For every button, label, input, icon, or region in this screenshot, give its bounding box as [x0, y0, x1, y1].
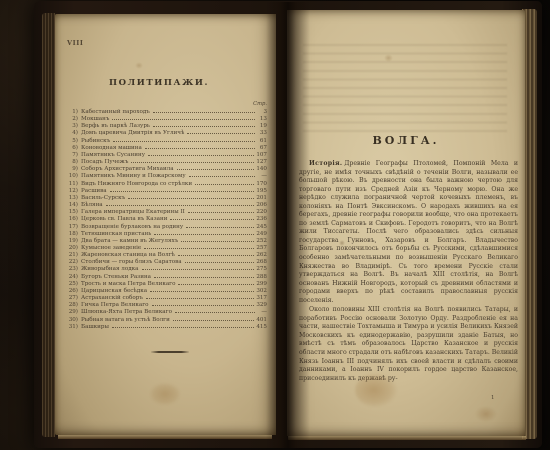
item-page-number: 317 [256, 295, 267, 302]
item-page-number: 401 [256, 317, 267, 324]
item-number: 16) [65, 216, 78, 223]
item-label: Тетюшинская пристань [81, 231, 151, 238]
list-item: 17) Возвращеніе бурлаковъ на родину 245 [65, 224, 267, 231]
item-page-number: 257 [256, 245, 267, 252]
item-label: Василь-Сурскъ [81, 195, 125, 202]
item-page-number: 170 [256, 181, 267, 188]
item-label: Коноводная машина [81, 145, 142, 152]
item-label: Рыбинскъ [81, 138, 110, 145]
list-item: 15) Галера императрицы Екатерины II 220 [65, 209, 267, 216]
dot-leader [144, 248, 254, 249]
list-item: 4) Домъ царевича Дмитрія въ Угличѣ 33 [65, 130, 267, 137]
list-item: 30) Рыбная ватага въ устьѣ Волги 401 [65, 317, 267, 324]
list-item: 24) Бугоръ Стеньки Разина 288 [65, 274, 267, 281]
item-page-number: 13 [257, 116, 267, 123]
item-label: Видъ Нижняго Новгорода со стрѣлки [81, 181, 192, 188]
item-label: Гичка Петра Великаго [81, 302, 149, 309]
item-number: 29) [65, 309, 78, 316]
item-label: Царицынская бесѣдка [81, 288, 147, 295]
dot-leader [181, 241, 254, 242]
list-item: 1) Кабестанный пароходъ 3 [65, 109, 267, 116]
item-number: 12) [65, 188, 78, 195]
dot-leader [178, 255, 254, 256]
paragraph: Исторія.Древніе Географы Птоломей, Помпо… [299, 160, 518, 305]
item-page-number: 206 [256, 202, 267, 209]
dot-leader [153, 112, 255, 113]
foxing-stain [475, 406, 497, 422]
photo-background: VIII ПОЛИТИПАЖИ. Стр. 1) Кабестанный пар… [0, 0, 550, 450]
item-page-number: 220 [256, 209, 267, 216]
item-page-number: 236 [256, 216, 267, 223]
illustrations-list: 1) Кабестанный пароходъ 3 2) Мокшанъ 13 … [65, 109, 267, 331]
chapter-title: ВОЛГА. [287, 134, 525, 147]
dot-leader [145, 148, 255, 149]
dot-leader [186, 227, 254, 228]
item-page-number: 268 [256, 259, 267, 266]
signature-mark: 1 [491, 395, 495, 401]
dot-leader [112, 327, 254, 328]
list-item: 13) Василь-Сурскъ 201 [65, 195, 267, 202]
dot-leader [195, 184, 254, 185]
list-item: 29) Шлюпка-Яхта Петра Великаго — [65, 309, 267, 316]
item-label: Трость и маска Петра Великаго [81, 281, 175, 288]
item-number: 26) [65, 288, 78, 295]
item-label: Живорыбная лодка [81, 266, 139, 273]
dot-leader [178, 284, 254, 285]
foxing-stain [135, 62, 143, 69]
item-page-number: 140 [256, 166, 267, 173]
dot-leader [113, 141, 255, 142]
list-item: 7) Памятникъ Сусанину 107 [65, 152, 267, 159]
dot-leader [152, 305, 255, 306]
item-label: Башкиры [81, 324, 109, 331]
item-page-number: 262 [256, 252, 267, 259]
item-page-number: — [257, 173, 267, 180]
item-page-number: 195 [256, 188, 267, 195]
item-label: Памятникъ Минину и Пожарскому [81, 173, 186, 180]
item-number: 4) [65, 130, 78, 137]
list-item: 10) Памятникъ Минину и Пожарскому — [65, 173, 267, 180]
item-page-number: 33 [257, 130, 267, 137]
item-page-number: 329 [256, 302, 267, 309]
item-number: 18) [65, 231, 78, 238]
page-number-header: VIII [67, 39, 84, 47]
body-text: Исторія.Древніе Географы Птоломей, Помпо… [299, 160, 518, 383]
divider-rule [151, 351, 189, 353]
dot-leader [146, 298, 254, 299]
item-page-number: 3 [257, 109, 267, 116]
dot-leader [187, 133, 255, 134]
item-number: 30) [65, 317, 78, 324]
item-page-number: 107 [256, 152, 267, 159]
dot-leader [110, 191, 255, 192]
list-item: 14) Бѣляна 206 [65, 202, 267, 209]
list-item: 28) Гичка Петра Великаго 329 [65, 302, 267, 309]
item-page-number: 275 [256, 266, 267, 273]
paragraph-lead: Исторія. [309, 160, 342, 167]
left-page: VIII ПОЛИТИПАЖИ. Стр. 1) Кабестанный пар… [55, 14, 276, 435]
dot-leader [188, 212, 254, 213]
item-page-number: 249 [256, 231, 267, 238]
list-item: 25) Трость и маска Петра Великаго 299 [65, 281, 267, 288]
dot-leader [175, 312, 255, 313]
item-page-number: — [257, 309, 267, 316]
foxing-stain [150, 383, 180, 405]
dot-leader [154, 277, 254, 278]
dot-leader [154, 234, 254, 235]
item-page-number: 299 [256, 281, 267, 288]
item-number: 6) [65, 145, 78, 152]
item-label: Соборъ Архистратига Михаила [81, 166, 174, 173]
paragraph-text: Древніе Географы Птоломей, Помпоній Мела… [299, 160, 518, 304]
list-item: 18) Тетюшинская пристань 249 [65, 231, 267, 238]
item-number: 17) [65, 224, 78, 231]
list-item: 19) Два брата — камни въ Жегуляхъ 252 [65, 238, 267, 245]
item-label: Домъ царевича Дмитрія въ Угличѣ [81, 130, 184, 137]
paragraph: Около половины XIII столѣтія на Волгѣ по… [299, 306, 518, 383]
item-page-number: 288 [256, 274, 267, 281]
right-page: ВОЛГА. Исторія.Древніе Географы Птоломей… [287, 10, 525, 436]
list-item: 6) Коноводная машина 67 [65, 145, 267, 152]
item-number: 11) [65, 181, 78, 188]
dot-leader [131, 162, 254, 163]
item-label: Шлюпка-Яхта Петра Великаго [81, 309, 172, 316]
item-label: Памятникъ Сусанину [81, 152, 145, 159]
dot-leader [142, 269, 255, 270]
item-page-number: 252 [256, 238, 267, 245]
page-bottom-edge-right [288, 436, 526, 440]
dot-leader [150, 291, 254, 292]
item-page-number: 127 [256, 159, 267, 166]
item-page-number: 67 [257, 145, 267, 152]
dot-leader [177, 169, 255, 170]
ink-showthrough [303, 44, 507, 132]
item-label: Расшива [81, 188, 107, 195]
item-number: 31) [65, 324, 78, 331]
paragraph-text: Около половины XIII столѣтія на Волгѣ по… [299, 306, 518, 381]
item-page-number: 201 [256, 195, 267, 202]
list-item: 12) Расшива 195 [65, 188, 267, 195]
list-item: 9) Соборъ Архистратига Михаила 140 [65, 166, 267, 173]
item-label: Кабестанный пароходъ [81, 109, 150, 116]
list-item: 26) Царицынская бесѣдка 302 [65, 288, 267, 295]
item-label: Возвращеніе бурлаковъ на родину [81, 224, 183, 231]
list-item: 16) Церковь св. Павла въ Казани 236 [65, 216, 267, 223]
item-label: Галера императрицы Екатерины II [81, 209, 185, 216]
item-label: Астраханскій соборъ [81, 295, 143, 302]
dot-leader [170, 219, 254, 220]
dot-leader [128, 198, 254, 199]
item-number: 24) [65, 274, 78, 281]
dot-leader [148, 155, 254, 156]
page-bottom-edge-left [58, 435, 272, 439]
illustrations-title: ПОЛИТИПАЖИ. [55, 78, 263, 88]
item-page-number: 415 [256, 324, 267, 331]
item-label: Церковь св. Павла въ Казани [81, 216, 167, 223]
item-number: 13) [65, 195, 78, 202]
dot-leader [185, 262, 255, 263]
item-label: Бѣляна [81, 202, 103, 209]
item-page-number: 302 [256, 288, 267, 295]
item-number: 5) [65, 138, 78, 145]
list-item: 27) Астраханскій соборъ 317 [65, 295, 267, 302]
item-label: Бугоръ Стеньки Разина [81, 274, 151, 281]
item-label: Два брата — камни въ Жегуляхъ [81, 238, 178, 245]
dot-leader [173, 320, 255, 321]
item-label: Рыбная ватага въ устьѣ Волги [81, 317, 170, 324]
list-item: 31) Башкиры 415 [65, 324, 267, 331]
item-page-number: 245 [256, 224, 267, 231]
page-stack-left-edge [42, 13, 55, 437]
item-page-number: 61 [257, 138, 267, 145]
dot-leader [112, 119, 255, 120]
item-number: 25) [65, 281, 78, 288]
list-item: 11) Видъ Нижняго Новгорода со стрѣлки 17… [65, 181, 267, 188]
list-item: 5) Рыбинскъ 61 [65, 138, 267, 145]
dot-leader [153, 126, 255, 127]
list-item: 23) Живорыбная лодка 275 [65, 266, 267, 273]
page-column-header: Стр. [253, 101, 267, 107]
item-number: 19) [65, 238, 78, 245]
dot-leader [106, 205, 255, 206]
item-number: 23) [65, 266, 78, 273]
item-page-number: 19 [257, 123, 267, 130]
dot-leader [189, 176, 255, 177]
item-number: 10) [65, 173, 78, 180]
